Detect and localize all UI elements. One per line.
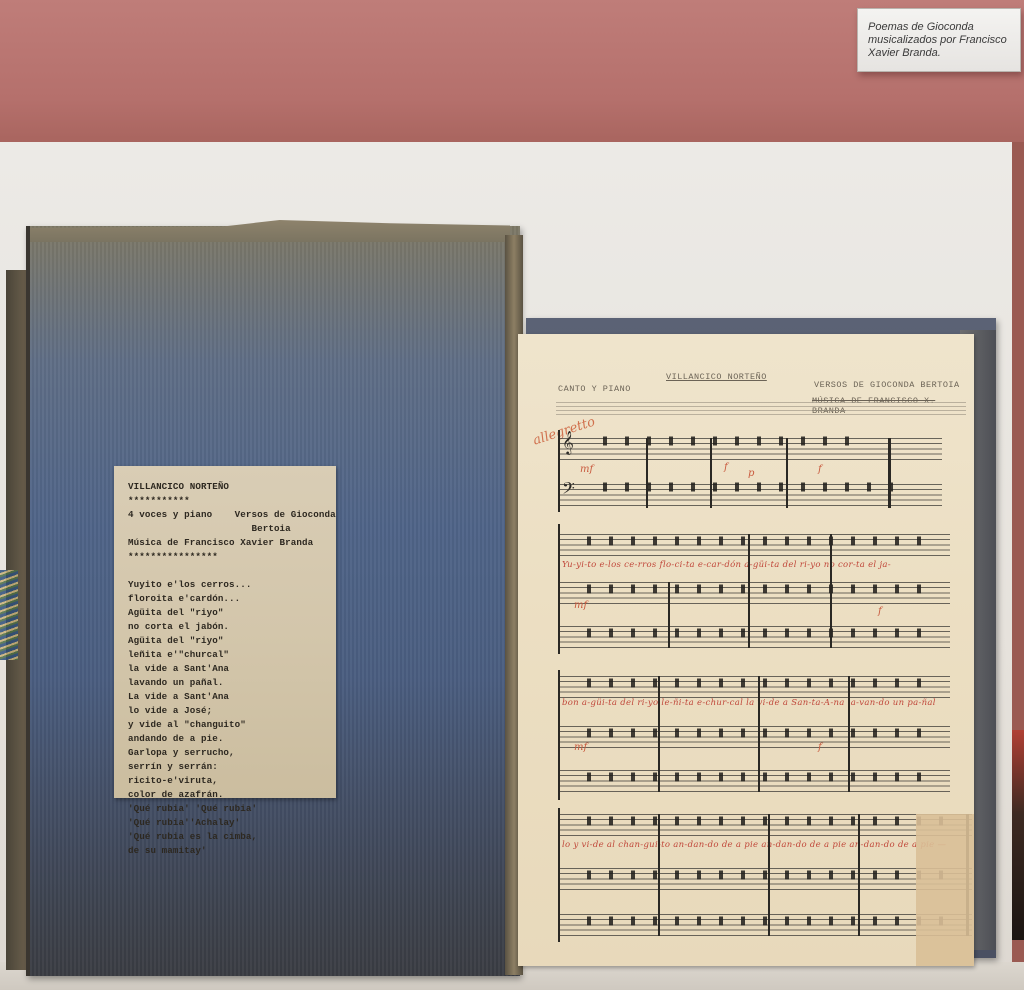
poem-line: y vide al "changuito" (128, 718, 326, 732)
poem-line: color de azafrán. (128, 788, 326, 802)
poem-line: 'Qué rubia''Achalay' (128, 816, 326, 830)
dynamic-mark: mf (580, 464, 593, 475)
score-left-header: CANTO Y PIANO (558, 384, 631, 394)
poem-subtitle: 4 voces y piano Versos de Gioconda (128, 508, 326, 522)
poem-line: andando de a pie. (128, 732, 326, 746)
notes (578, 622, 938, 644)
adjacent-exhibit-object (1012, 730, 1024, 940)
handwritten-music-score: VILLANCICO NORTEÑO CANTO Y PIANO VERSOS … (518, 334, 974, 966)
lyrics-line: bon a-güi-ta del ri-yo le-ñi-ta e-chur-c… (562, 698, 936, 708)
poem-title: VILLANCICO NORTEÑO (128, 480, 326, 494)
barline (748, 534, 750, 648)
poem-line: no corta el jabón. (128, 620, 326, 634)
poem-credit-rule: **************** (128, 550, 326, 564)
lyrics-line: Yu-yi-to e-los ce-rros flo-ci-ta e-car-d… (562, 560, 891, 570)
poem-line: de su mamitay' (128, 844, 326, 858)
poem-line: Agüita del "riyo" (128, 634, 326, 648)
poem-music-credit: Música de Francisco Xavier Branda (128, 536, 326, 550)
barline (658, 676, 660, 792)
poem-line: Yuyito e'los cerros... (128, 578, 326, 592)
poem-line: floroita e'cardón... (128, 592, 326, 606)
poem-subtitle-author: Bertoia (128, 522, 326, 536)
barline (658, 814, 660, 936)
dynamic-mark: p (748, 468, 754, 479)
final-barline (888, 438, 891, 508)
poem-line: lavando un pañal. (128, 676, 326, 690)
barline (646, 438, 648, 508)
score-title: VILLANCICO NORTEÑO (666, 372, 767, 382)
barline (710, 438, 712, 508)
poem-title-rule: *********** (128, 494, 326, 508)
notes (578, 578, 938, 600)
lyrics-line: lo y vi-de al chan-gui-to an-dan-do de a… (562, 840, 946, 850)
barline (830, 534, 832, 648)
poem-line: La vide a Sant'Ana (128, 690, 326, 704)
poem-line: la vide a Sant'Ana (128, 662, 326, 676)
barline (768, 814, 770, 936)
barline (858, 814, 860, 936)
poem-line: 'Qué rubia es la cimba, (128, 830, 326, 844)
dynamic-mark: f (878, 606, 882, 617)
dynamic-mark: f (818, 742, 822, 753)
exhibit-label-card: Poemas de Gioconda musicalizados por Fra… (857, 8, 1021, 72)
poem-line: lo vide a José; (128, 704, 326, 718)
dynamic-mark: f (818, 464, 822, 475)
label-line-1: Poemas de Gioconda (868, 21, 1014, 34)
binding-thread (0, 570, 18, 660)
label-line-2: musicalizados por Francisco (868, 34, 1014, 47)
notes (594, 476, 894, 498)
notes (578, 530, 938, 552)
typed-poem-sheet: VILLANCICO NORTEÑO *********** 4 voces y… (114, 466, 336, 798)
poem-line: ricito-e'viruta, (128, 774, 326, 788)
dynamic-mark: mf (574, 600, 587, 611)
pasted-paper-patch (916, 814, 974, 966)
blank-staff-lines (556, 402, 966, 418)
poem-line: leñita e'"churcal" (128, 648, 326, 662)
barline (668, 582, 670, 648)
poem-line: Agüita del "riyo" (128, 606, 326, 620)
barline (786, 438, 788, 508)
label-line-3: Xavier Branda. (868, 47, 1014, 60)
poem-line: serrín y serrán: (128, 760, 326, 774)
score-right-header-lyricist: VERSOS DE GIOCONDA BERTOIA (814, 380, 960, 390)
dynamic-mark: mf (574, 742, 587, 753)
poem-line: Garlopa y serrucho, (128, 746, 326, 760)
barline (848, 676, 850, 792)
poem-line: 'Qué rubia' 'Qué rubia' (128, 802, 326, 816)
dynamic-mark: f (724, 462, 728, 473)
barline (758, 676, 760, 792)
notes (594, 430, 854, 452)
